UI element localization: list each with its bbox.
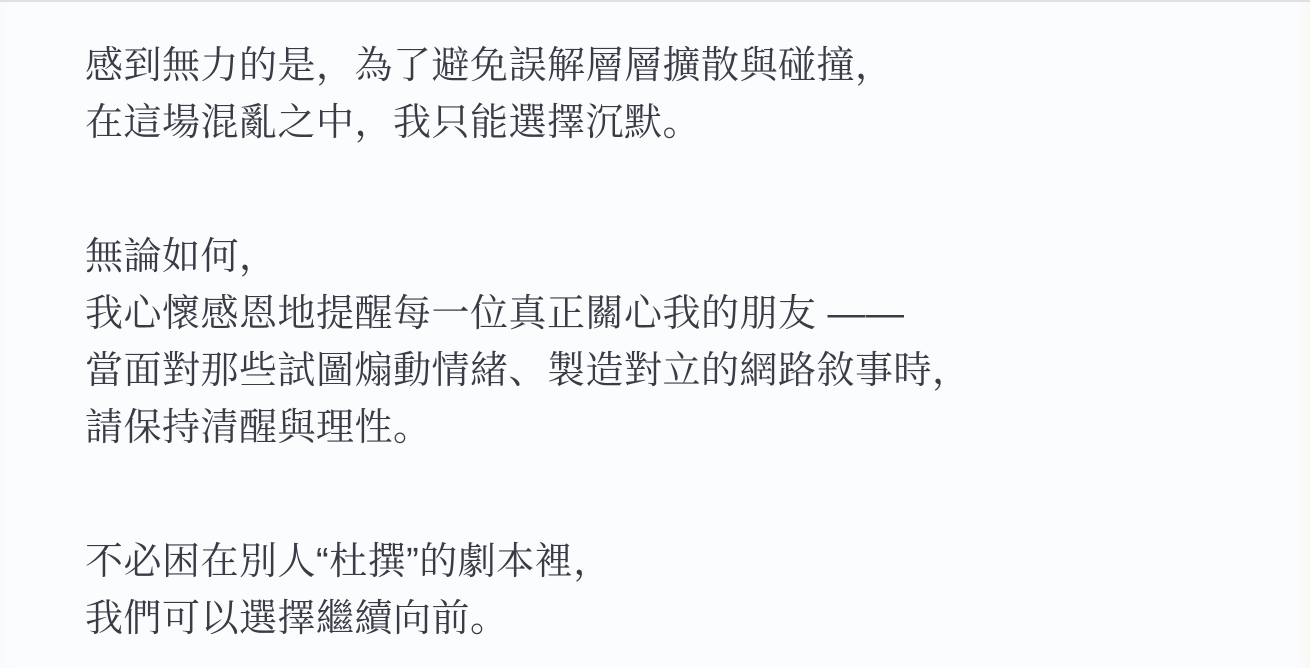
text-line: 我們可以選擇繼續向前。 (85, 591, 1250, 648)
paragraph-3: 不必困在別人“杜撰”的劇本裡， 我們可以選擇繼續向前。 (85, 534, 1250, 648)
text-line: 我心懷感恩地提醒每一位真正關心我的朋友 —— (85, 286, 1250, 343)
text-line: 在這場混亂之中，我只能選擇沉默。 (85, 95, 1250, 152)
paragraph-1: 感到無力的是，為了避免誤解層層擴散與碰撞， 在這場混亂之中，我只能選擇沉默。 (85, 38, 1250, 152)
paragraph-2: 無論如何， 我心懷感恩地提醒每一位真正關心我的朋友 —— 當面對那些試圖煽動情緒… (85, 229, 1250, 457)
text-line: 請保持清醒與理性。 (85, 400, 1250, 457)
text-line: 當面對那些試圖煽動情緒、製造對立的網路敘事時， (85, 343, 1250, 400)
page: 感到無力的是，為了避免誤解層層擴散與碰撞， 在這場混亂之中，我只能選擇沉默。 無… (0, 0, 1310, 668)
text-line: 無論如何， (85, 229, 1250, 286)
text-content: 感到無力的是，為了避免誤解層層擴散與碰撞， 在這場混亂之中，我只能選擇沉默。 無… (0, 2, 1310, 648)
text-line: 感到無力的是，為了避免誤解層層擴散與碰撞， (85, 38, 1250, 95)
text-line: 不必困在別人“杜撰”的劇本裡， (85, 534, 1250, 591)
